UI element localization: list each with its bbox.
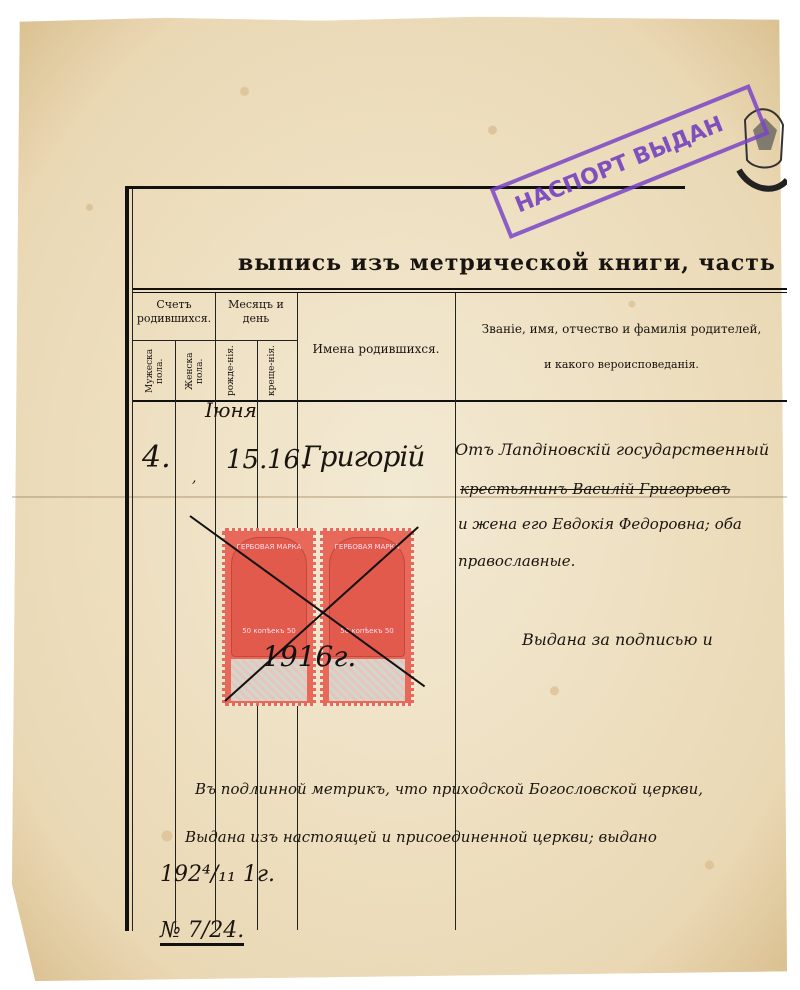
header-rule-thin (133, 292, 787, 293)
document-title: выпись изъ метрической книги, часть (238, 250, 776, 276)
header-parents-line2: и какого вероисповеданія. (456, 358, 787, 372)
entry-month: Іюня (205, 398, 257, 422)
entry-name: Григорій (302, 440, 424, 473)
header-month-group: Месяцъ и день (216, 298, 296, 326)
header-count-male: Мужеска пола. (145, 345, 165, 397)
margin-note-number: № 7/24. (160, 918, 244, 946)
revenue-stamp-right: ГЕРБОВАЯ МАРКА 50 копѣекъ 50 (320, 528, 414, 706)
table-left-inner-border (132, 186, 133, 931)
entry-parents-line1: Отъ Лапдіновскій государственный (455, 440, 769, 459)
entry-footer-line1: Въ подлинной метрикъ, что приходской Бог… (195, 780, 703, 798)
header-rule (133, 288, 787, 290)
stamp-cancellation-date: 1916г. (262, 640, 356, 673)
entry-parents-line3: и жена его Евдокія Федоровна; оба (458, 515, 742, 533)
entry-note: Выдана за подписью и (522, 630, 713, 649)
entry-footer-line2: Выдана изъ настоящей и присоединенной це… (185, 828, 657, 846)
header-month-birth: рожде-нія. (226, 345, 246, 397)
header-count-female: Женска пола. (185, 345, 205, 397)
header-month-baptism: креще-нія. (267, 345, 287, 397)
revenue-stamps: ГЕРБОВАЯ МАРКА 50 копѣекъ 50 ГЕРБОВАЯ МА… (222, 528, 418, 710)
revenue-stamp-left: ГЕРБОВАЯ МАРКА 50 копѣекъ 50 (222, 528, 316, 706)
entry-female-count: , (192, 470, 196, 486)
entry-parents-line2: крестьянинъ Василій Григорьевъ (460, 480, 730, 498)
header-names: Имена родившихся. (298, 342, 454, 356)
margin-note-date: 192⁴/₁₁ 1г. (160, 862, 275, 887)
header-parents-line1: Званіе, имя, отчество и фамилія родителе… (456, 322, 787, 336)
column-divider-male-female (175, 340, 176, 930)
entry-birth-day: 15. (226, 445, 267, 475)
table-left-border (125, 186, 129, 931)
header-count-group: Счетъ родившихся. (134, 298, 214, 326)
entry-male-count: 4. (142, 440, 171, 475)
entry-parents-line4: православные. (458, 552, 575, 570)
